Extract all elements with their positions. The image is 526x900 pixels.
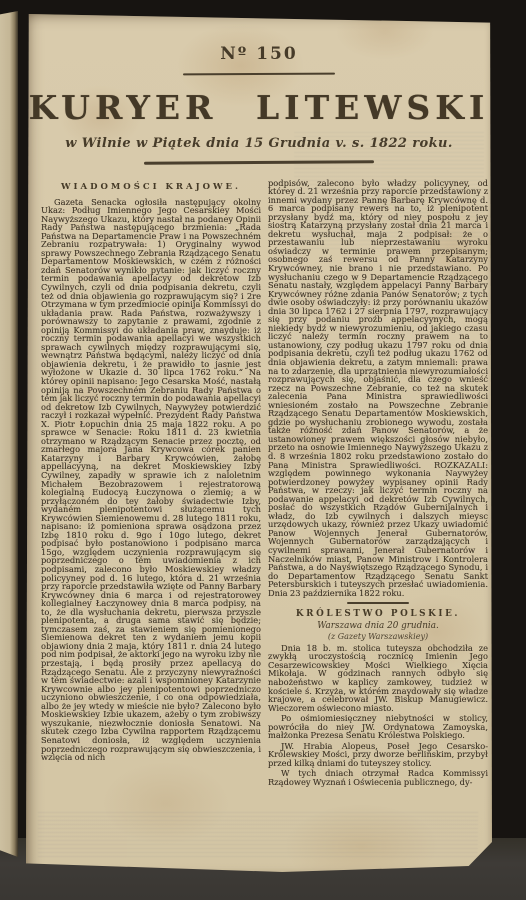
body-paragraph: JW. Hrabia Alopeus, Poseł Jego Cesarsko-… bbox=[268, 742, 488, 768]
dateline: w Wilnie w Piątek dnia 15 Grudnia v. s. … bbox=[26, 136, 492, 151]
newspaper-title: KURYER LITEWSKI bbox=[26, 88, 492, 127]
newspaper-page: Nº 150 KURYER LITEWSKI w Wilnie w Piątek… bbox=[26, 14, 492, 872]
body-paragraph: Dnia 18 b. m. stolica tuteysza obchodził… bbox=[268, 644, 488, 712]
section-source-note: (z Gazety Warszawskiey) bbox=[268, 632, 488, 641]
scanned-newspaper-screenshot: { "masthead": { "issue_number": "Nº 150"… bbox=[0, 0, 526, 900]
section-heading-kingdom-of-poland: KRÓLESTWO POLSKIE. bbox=[268, 609, 488, 619]
section-divider-rule bbox=[347, 602, 409, 604]
body-paragraph: Gazeta Senacka ogłosiła następujący okol… bbox=[41, 198, 261, 762]
section-heading-domestic-news: WIADOMOŚCI KRAJOWE. bbox=[41, 182, 261, 192]
issue-number: Nº 150 bbox=[26, 44, 492, 64]
rule-under-issue-number bbox=[183, 73, 335, 76]
adjacent-page-edge bbox=[0, 11, 18, 857]
body-paragraph: W tych dniach otrzymał Radca Kommissyi R… bbox=[268, 769, 488, 786]
right-column: podpisów, zalecono było władzy policyyne… bbox=[268, 179, 488, 827]
masthead: Nº 150 KURYER LITEWSKI w Wilnie w Piątek… bbox=[26, 44, 492, 164]
left-column: WIADOMOŚCI KRAJOWE. Gazeta Senacka ogłos… bbox=[41, 179, 261, 827]
body-paragraph: podpisów, zalecono było władzy policyyne… bbox=[268, 179, 488, 598]
body-paragraph: Po ośmiomiesięczney niebytności w stolic… bbox=[268, 714, 488, 740]
article-columns: WIADOMOŚCI KRAJOWE. Gazeta Senacka ogłos… bbox=[26, 164, 492, 827]
section-subheading-warsaw-dateline: Warszawa dnia 20 grudnia. bbox=[268, 621, 488, 631]
